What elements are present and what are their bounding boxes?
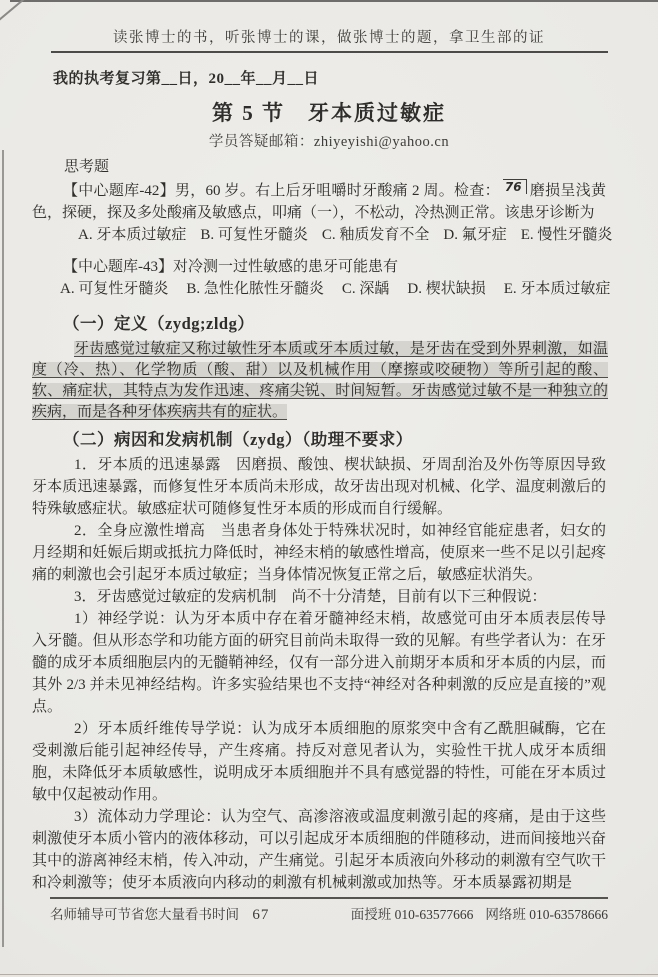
- question-43: 【中心题库-43】对冷测一过性敏感的患牙可能患有: [32, 256, 606, 278]
- option-c: C. 釉质发育不全: [322, 224, 430, 246]
- option-a: A. 可复性牙髓炎: [60, 278, 168, 300]
- question-43-stem: 对冷测一过性敏感的患牙可能患有: [173, 259, 398, 275]
- question-43-tag: 【中心题库-43】: [63, 259, 173, 275]
- option-a: A. 牙本质过敏症: [78, 224, 186, 246]
- body-paragraph-1: 1．牙本质的迅速暴露 因磨损、酸蚀、楔状缺损、牙周刮治及外伤等原因导致牙本质迅速…: [32, 454, 606, 520]
- section-title: 第 5 节 牙本质过敏症: [0, 99, 658, 127]
- thinking-questions-label: 思考题: [64, 156, 658, 178]
- footer-left-slogan: 名师辅导可节省您大量看书时间: [50, 903, 239, 923]
- scanned-document-page: 读张博士的书，听张博士的课，做张博士的题，拿卫生部的证 我的执考复习第__日，2…: [0, 0, 658, 977]
- header-slogan: 读张博士的书，听张博士的课，做张博士的题，拿卫生部的证: [0, 0, 658, 47]
- option-e: E. 慢性牙髓炎: [521, 224, 613, 246]
- option-b: B. 可复性牙髓炎: [200, 224, 308, 246]
- option-e: E. 牙本质过敏症: [504, 278, 611, 300]
- page-number: 67: [252, 907, 269, 924]
- body-paragraph-4: 1）神经学说：认为牙本质中存在着牙髓神经末梢，故感觉可由牙本质表层传导入牙髓。但…: [32, 608, 606, 718]
- review-date-line: 我的执考复习第__日，20__年__月__日: [53, 69, 658, 90]
- footer-contacts: 面授班 010-63577666网络班 010-63578666: [339, 903, 608, 923]
- email-line: 学员答疑邮箱：zhiyeyishi@yahoo.cn: [0, 132, 658, 152]
- header-rule: [51, 51, 608, 53]
- body-paragraph-3: 3．牙齿感觉过敏症的发病机制 尚不十分清楚，目前有以下三种假说：: [32, 586, 606, 608]
- tooth-notation: 76: [503, 179, 527, 194]
- footer-contact-onsite: 面授班 010-63577666: [351, 907, 474, 922]
- question-43-options: A. 可复性牙髓炎 B. 急性化脓性牙髓炎 C. 深龋 D. 楔状缺损 E. 牙…: [32, 278, 618, 300]
- footer: 名师辅导可节省您大量看书时间 67 面授班 010-63577666网络班 01…: [50, 897, 608, 924]
- option-d: D. 楔状缺损: [407, 278, 485, 300]
- option-b: B. 急性化脓性牙髓炎: [186, 278, 324, 300]
- definition-highlight: 牙齿感觉过敏症又称过敏性牙本质或牙本质过敏，是牙齿在受到外界刺激，如温度（冷、热…: [32, 341, 608, 420]
- scan-bottom-edge-artifact: [0, 974, 658, 975]
- definition-heading: （一）定义（zydg;zldg）: [63, 312, 658, 336]
- scan-left-edge-artifact: [2, 150, 4, 947]
- etiology-heading: （二）病因和发病机制（zydg）（助理不要求）: [63, 428, 658, 452]
- body-paragraph-2: 2．全身应激性增高 当患者身体处于特殊状况时，如神经官能症患者，妇女的月经期和妊…: [32, 520, 606, 586]
- option-c: C. 深龋: [342, 278, 390, 300]
- body-paragraph-5: 2）牙本质纤维传导学说：认为成牙本质细胞的原浆突中含有乙酰胆碱酶，它在受刺激后能…: [32, 718, 606, 806]
- question-42-tag: 【中心题库-42】: [63, 183, 175, 199]
- option-d: D. 氟牙症: [443, 224, 506, 246]
- body-paragraph-6: 3）流体动力学理论：认为空气、高渗溶液或温度刺激引起的疼痛，是由于这些刺激使牙本…: [32, 806, 606, 894]
- footer-contact-online: 网络班 010-63578666: [485, 907, 608, 922]
- definition-paragraph: 牙齿感觉过敏症又称过敏性牙本质或牙本质过敏，是牙齿在受到外界刺激，如温度（冷、热…: [32, 339, 608, 423]
- scan-top-edge-artifact: [10, 0, 658, 2]
- question-42: 【中心题库-42】男，60 岁。右上后牙咀嚼时牙酸痛 2 周。检查：76磨损呈浅…: [32, 180, 606, 224]
- question-42-options: A. 牙本质过敏症 B. 可复性牙髓炎 C. 釉质发育不全 D. 氟牙症 E. …: [32, 224, 618, 246]
- question-42-stem-before: 男，60 岁。右上后牙咀嚼时牙酸痛 2 周。检查：: [175, 183, 500, 199]
